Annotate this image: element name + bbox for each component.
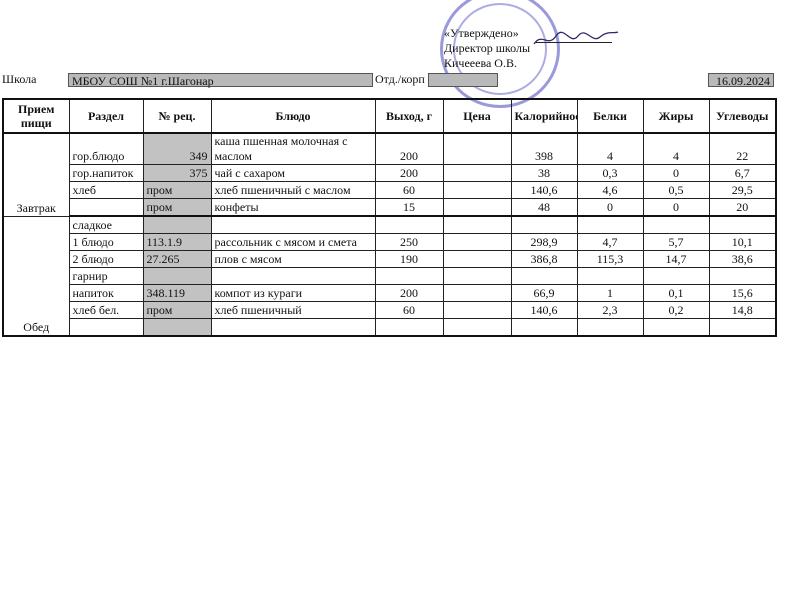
dept-label: Отд./корп: [375, 72, 425, 87]
recipe-cell: [143, 268, 211, 285]
yield-cell: [375, 216, 443, 234]
price-cell: [443, 216, 511, 234]
table-row: Завтракгор.блюдо349каша пшенная молочная…: [3, 133, 776, 165]
carbs-cell: [709, 268, 776, 285]
fat-cell: 0,2: [643, 302, 709, 319]
approval-title: «Утверждено»: [444, 26, 530, 41]
table-row: 1 блюдо113.1.9рассольник с мясом и смета…: [3, 234, 776, 251]
table-row: [3, 319, 776, 337]
recipe-cell: [143, 216, 211, 234]
col-meal: Прием пищи: [3, 99, 69, 133]
section-cell: гор.блюдо: [69, 133, 143, 165]
approval-block: «Утверждено» Директор школы Кичееева О.В…: [444, 26, 530, 71]
calories-cell: 48: [511, 199, 577, 217]
signature-line: [536, 42, 612, 43]
recipe-cell: 113.1.9: [143, 234, 211, 251]
recipe-cell: 27.265: [143, 251, 211, 268]
protein-cell: 115,3: [577, 251, 643, 268]
yield-cell: 200: [375, 285, 443, 302]
price-cell: [443, 319, 511, 337]
section-cell: хлеб бел.: [69, 302, 143, 319]
recipe-cell: 349: [143, 133, 211, 165]
calories-cell: 38: [511, 165, 577, 182]
protein-cell: 4,6: [577, 182, 643, 199]
col-price: Цена: [443, 99, 511, 133]
protein-cell: 0,3: [577, 165, 643, 182]
dish-cell: рассольник с мясом и смета: [211, 234, 375, 251]
fat-cell: [643, 216, 709, 234]
price-cell: [443, 165, 511, 182]
carbs-cell: 20: [709, 199, 776, 217]
price-cell: [443, 234, 511, 251]
carbs-cell: 38,6: [709, 251, 776, 268]
fat-cell: [643, 319, 709, 337]
yield-cell: 190: [375, 251, 443, 268]
protein-cell: [577, 319, 643, 337]
dept-field[interactable]: [428, 73, 498, 87]
dish-cell: конфеты: [211, 199, 375, 217]
yield-cell: 60: [375, 302, 443, 319]
table-row: гарнир: [3, 268, 776, 285]
fat-cell: 0: [643, 199, 709, 217]
carbs-cell: 14,8: [709, 302, 776, 319]
section-cell: хлеб: [69, 182, 143, 199]
yield-cell: [375, 268, 443, 285]
menu-table: Прием пищи Раздел № рец. Блюдо Выход, г …: [2, 98, 777, 337]
price-cell: [443, 251, 511, 268]
calories-cell: 298,9: [511, 234, 577, 251]
price-cell: [443, 302, 511, 319]
section-cell: 1 блюдо: [69, 234, 143, 251]
protein-cell: 2,3: [577, 302, 643, 319]
yield-cell: 200: [375, 133, 443, 165]
protein-cell: [577, 268, 643, 285]
table-row: хлеб бел.промхлеб пшеничный60140,62,30,2…: [3, 302, 776, 319]
col-carbs: Углеводы: [709, 99, 776, 133]
carbs-cell: 6,7: [709, 165, 776, 182]
meal-name-cell: Завтрак: [3, 133, 69, 216]
col-dish: Блюдо: [211, 99, 375, 133]
col-recipe: № рец.: [143, 99, 211, 133]
price-cell: [443, 199, 511, 217]
section-cell: сладкое: [69, 216, 143, 234]
dish-cell: каша пшенная молочная с маслом: [211, 133, 375, 165]
date-field[interactable]: 16.09.2024: [708, 73, 774, 87]
section-cell: 2 блюдо: [69, 251, 143, 268]
recipe-cell: пром: [143, 182, 211, 199]
price-cell: [443, 182, 511, 199]
section-cell: гарнир: [69, 268, 143, 285]
fat-cell: 14,7: [643, 251, 709, 268]
recipe-cell: [143, 319, 211, 337]
table-row: Обедсладкое: [3, 216, 776, 234]
table-row: промконфеты15480020: [3, 199, 776, 217]
recipe-cell: 375: [143, 165, 211, 182]
col-fat: Жиры: [643, 99, 709, 133]
fat-cell: 4: [643, 133, 709, 165]
fat-cell: 0: [643, 165, 709, 182]
col-section: Раздел: [69, 99, 143, 133]
section-cell: напиток: [69, 285, 143, 302]
school-label: Школа: [2, 72, 36, 87]
carbs-cell: [709, 216, 776, 234]
meal-name-cell: Обед: [3, 216, 69, 336]
price-cell: [443, 285, 511, 302]
yield-cell: 200: [375, 165, 443, 182]
protein-cell: [577, 216, 643, 234]
dish-cell: хлеб пшеничный: [211, 302, 375, 319]
price-cell: [443, 268, 511, 285]
col-yield: Выход, г: [375, 99, 443, 133]
school-field[interactable]: МБОУ СОШ №1 г.Шагонар: [68, 73, 373, 87]
yield-cell: [375, 319, 443, 337]
table-header-row: Прием пищи Раздел № рец. Блюдо Выход, г …: [3, 99, 776, 133]
carbs-cell: [709, 319, 776, 337]
col-protein: Белки: [577, 99, 643, 133]
signature: [530, 28, 620, 50]
section-cell: [69, 319, 143, 337]
calories-cell: 140,6: [511, 302, 577, 319]
calories-cell: [511, 319, 577, 337]
yield-cell: 15: [375, 199, 443, 217]
approval-position: Директор школы: [444, 41, 530, 56]
dish-cell: [211, 319, 375, 337]
protein-cell: 0: [577, 199, 643, 217]
dish-cell: [211, 268, 375, 285]
dish-cell: чай с сахаром: [211, 165, 375, 182]
recipe-cell: 348.119: [143, 285, 211, 302]
fat-cell: [643, 268, 709, 285]
table-row: 2 блюдо27.265плов с мясом190386,8115,314…: [3, 251, 776, 268]
recipe-cell: пром: [143, 302, 211, 319]
carbs-cell: 29,5: [709, 182, 776, 199]
col-calories: Калорийность: [511, 99, 577, 133]
dish-cell: плов с мясом: [211, 251, 375, 268]
yield-cell: 250: [375, 234, 443, 251]
table-row: гор.напиток375чай с сахаром200380,306,7: [3, 165, 776, 182]
calories-cell: [511, 268, 577, 285]
table-row: хлебпромхлеб пшеничный с маслом60140,64,…: [3, 182, 776, 199]
carbs-cell: 15,6: [709, 285, 776, 302]
carbs-cell: 22: [709, 133, 776, 165]
dish-cell: [211, 216, 375, 234]
protein-cell: 4,7: [577, 234, 643, 251]
approval-name: Кичееева О.В.: [444, 56, 530, 71]
fat-cell: 5,7: [643, 234, 709, 251]
table-row: напиток348.119компот из кураги20066,910,…: [3, 285, 776, 302]
calories-cell: [511, 216, 577, 234]
carbs-cell: 10,1: [709, 234, 776, 251]
fat-cell: 0,1: [643, 285, 709, 302]
dish-cell: компот из кураги: [211, 285, 375, 302]
calories-cell: 66,9: [511, 285, 577, 302]
dish-cell: хлеб пшеничный с маслом: [211, 182, 375, 199]
section-cell: [69, 199, 143, 217]
calories-cell: 386,8: [511, 251, 577, 268]
price-cell: [443, 133, 511, 165]
protein-cell: 4: [577, 133, 643, 165]
yield-cell: 60: [375, 182, 443, 199]
recipe-cell: пром: [143, 199, 211, 217]
section-cell: гор.напиток: [69, 165, 143, 182]
calories-cell: 140,6: [511, 182, 577, 199]
fat-cell: 0,5: [643, 182, 709, 199]
calories-cell: 398: [511, 133, 577, 165]
protein-cell: 1: [577, 285, 643, 302]
